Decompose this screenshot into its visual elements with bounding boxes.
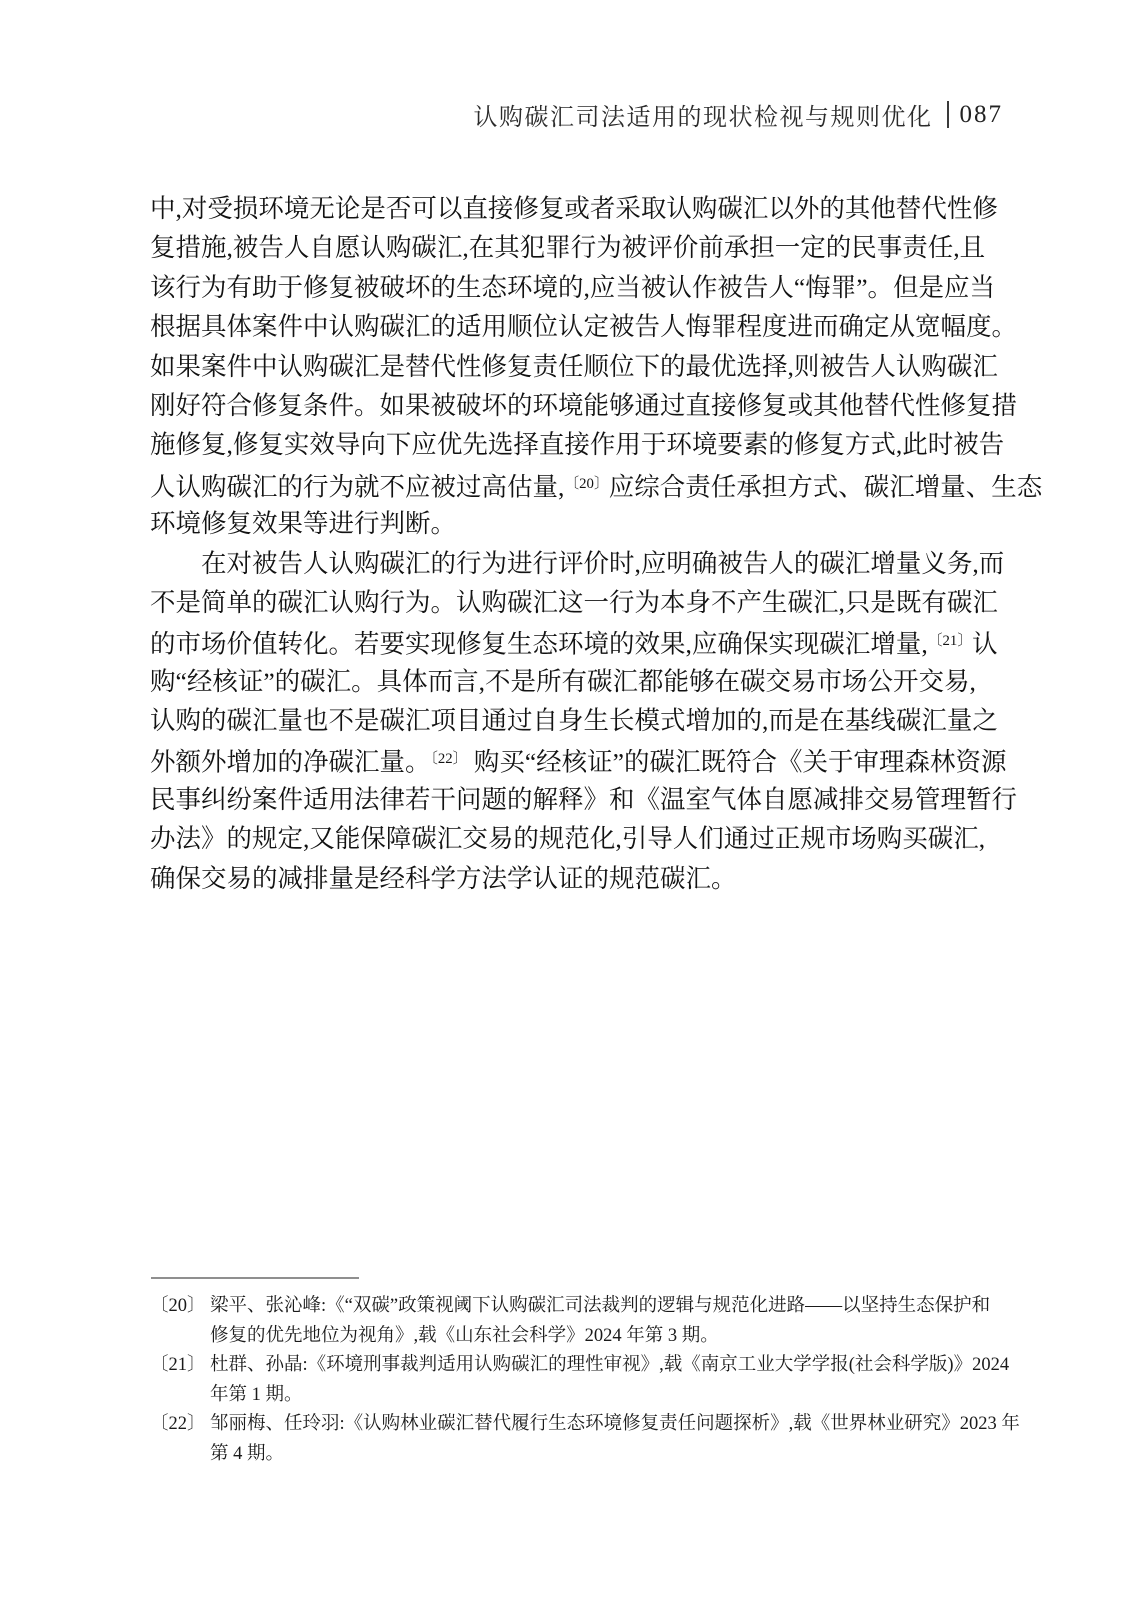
footnote-line: 梁平、张沁峰:《“双碳”政策视阈下认购碳汇司法裁判的逻辑与规范化进路——以坚持生… bbox=[210, 1292, 972, 1322]
footnote-text: 梁平、张沁峰:《“双碳”政策视阈下认购碳汇司法裁判的逻辑与规范化进路——以坚持生… bbox=[210, 1292, 972, 1351]
body-line: 外额外增加的净碳汇量。〔22〕 购买“经核证”的碳汇既符合《关于审理森林资源 bbox=[150, 740, 962, 779]
footnote-marker: 〔21〕 bbox=[928, 633, 972, 649]
body-line: 认购的碳汇量也不是碳汇项目通过自身生长模式增加的,而是在基线碳汇量之 bbox=[150, 701, 962, 740]
footnote-text: 杜群、孙晶:《环境刑事裁判适用认购碳汇的理性审视》,载《南京工业大学学报(社会科… bbox=[210, 1351, 972, 1410]
body-line: 刚好符合修复条件。如果被破坏的环境能够通过直接修复或其他替代性修复措 bbox=[150, 386, 962, 425]
footnote-22: 〔22〕 邹丽梅、任玲羽:《认购林业碳汇替代履行生态环境修复责任问题探析》,载《… bbox=[150, 1410, 972, 1469]
body-line: 办法》的规定,又能保障碳汇交易的规范化,引导人们通过正规市场购买碳汇, bbox=[150, 819, 962, 858]
body-line: 确保交易的减排量是经科学方法学认证的规范碳汇。 bbox=[150, 859, 962, 898]
footnote-line: 年第 1 期。 bbox=[210, 1381, 972, 1411]
body-line: 在对被告人认购碳汇的行为进行评价时,应明确被告人的碳汇增量义务,而 bbox=[150, 544, 962, 583]
body-line: 根据具体案件中认购碳汇的适用顺位认定被告人悔罪程度进而确定从宽幅度。 bbox=[150, 307, 962, 346]
body-line: 复措施,被告人自愿认购碳汇,在其犯罪行为被评价前承担一定的民事责任,且 bbox=[150, 228, 962, 267]
footnote-line: 杜群、孙晶:《环境刑事裁判适用认购碳汇的理性审视》,载《南京工业大学学报(社会科… bbox=[210, 1351, 972, 1381]
footnote-label: 〔21〕 bbox=[150, 1351, 210, 1381]
body-line: 中,对受损环境无论是否可以直接修复或者采取认购碳汇以外的其他替代性修 bbox=[150, 189, 962, 228]
footnote-marker: 〔20〕 bbox=[564, 476, 608, 492]
running-title: 认购碳汇司法适用的现状检视与规则优化 bbox=[474, 97, 933, 132]
header-divider bbox=[947, 101, 949, 128]
body-line: 该行为有助于修复被破坏的生态环境的,应当被认作被告人“悔罪”。但是应当 bbox=[150, 268, 962, 307]
article-body: 中,对受损环境无论是否可以直接修复或者采取认购碳汇以外的其他替代性修 复措施,被… bbox=[150, 189, 962, 898]
body-line: 人认购碳汇的行为就不应被过高估量,〔20〕应综合责任承担方式、碳汇增量、生态 bbox=[150, 465, 962, 504]
footnote-marker: 〔22〕 bbox=[431, 751, 468, 767]
body-line: 的市场价值转化。若要实现修复生态环境的效果,应确保实现碳汇增量,〔21〕认 bbox=[150, 622, 962, 661]
paragraph-2: 在对被告人认购碳汇的行为进行评价时,应明确被告人的碳汇增量义务,而 不是简单的碳… bbox=[150, 544, 962, 899]
footnote-line: 第 4 期。 bbox=[210, 1440, 972, 1470]
body-line: 如果案件中认购碳汇是替代性修复责任顺位下的最优选择,则被告人认购碳汇 bbox=[150, 347, 962, 386]
running-header: 认购碳汇司法适用的现状检视与规则优化 087 bbox=[474, 97, 1004, 132]
footnote-label: 〔20〕 bbox=[150, 1292, 210, 1322]
body-line: 环境修复效果等进行判断。 bbox=[150, 504, 962, 543]
footnote-rule bbox=[151, 1277, 359, 1279]
footnote-20: 〔20〕 梁平、张沁峰:《“双碳”政策视阈下认购碳汇司法裁判的逻辑与规范化进路—… bbox=[150, 1292, 972, 1351]
footnote-line: 邹丽梅、任玲羽:《认购林业碳汇替代履行生态环境修复责任问题探析》,载《世界林业研… bbox=[210, 1410, 972, 1440]
body-line: 不是简单的碳汇认购行为。认购碳汇这一行为本身不产生碳汇,只是既有碳汇 bbox=[150, 583, 962, 622]
paragraph-1: 中,对受损环境无论是否可以直接修复或者采取认购碳汇以外的其他替代性修 复措施,被… bbox=[150, 189, 962, 544]
page-number: 087 bbox=[960, 101, 1004, 129]
body-line: 民事纠纷案件适用法律若干问题的解释》和《温室气体自愿减排交易管理暂行 bbox=[150, 780, 962, 819]
footnote-line: 修复的优先地位为视角》,载《山东社会科学》2024 年第 3 期。 bbox=[210, 1322, 972, 1352]
footnote-text: 邹丽梅、任玲羽:《认购林业碳汇替代履行生态环境修复责任问题探析》,载《世界林业研… bbox=[210, 1410, 972, 1469]
body-line: 购“经核证”的碳汇。具体而言,不是所有碳汇都能够在碳交易市场公开交易, bbox=[150, 662, 962, 701]
footnote-21: 〔21〕 杜群、孙晶:《环境刑事裁判适用认购碳汇的理性审视》,载《南京工业大学学… bbox=[150, 1351, 972, 1410]
footnotes-section: 〔20〕 梁平、张沁峰:《“双碳”政策视阈下认购碳汇司法裁判的逻辑与规范化进路—… bbox=[150, 1292, 972, 1470]
footnote-label: 〔22〕 bbox=[150, 1410, 210, 1440]
page: 认购碳汇司法适用的现状检视与规则优化 087 中,对受损环境无论是否可以直接修复… bbox=[0, 0, 1125, 1600]
body-line: 施修复,修复实效导向下应优先选择直接作用于环境要素的修复方式,此时被告 bbox=[150, 425, 962, 464]
